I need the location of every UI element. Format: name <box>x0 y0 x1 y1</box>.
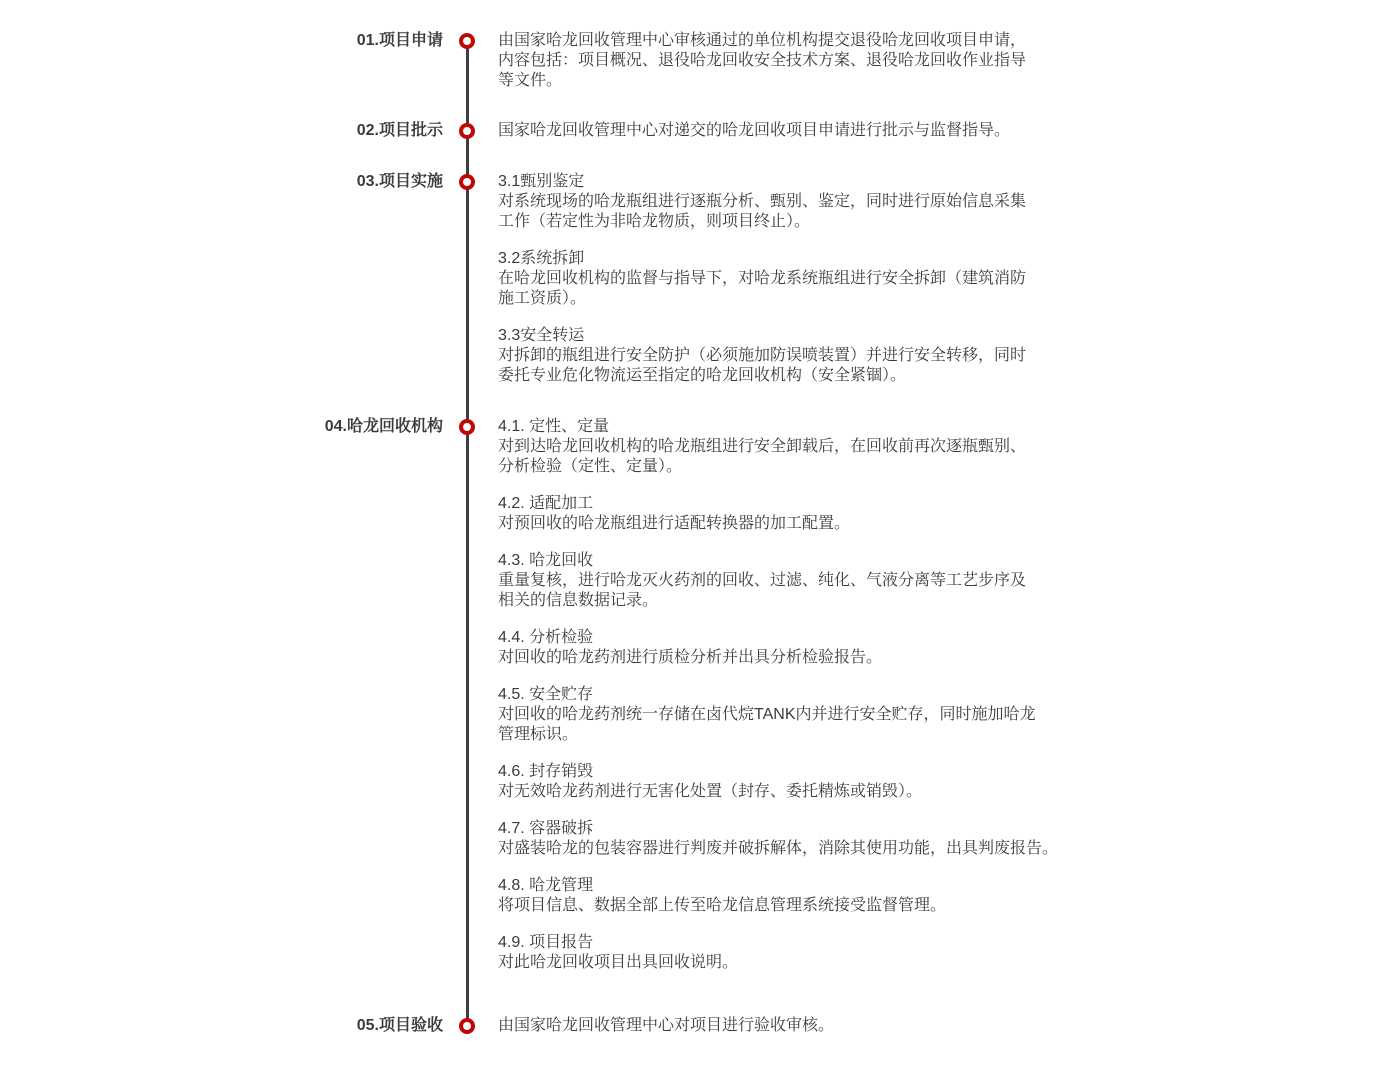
section-content: 4.1. 定性、定量 对到达哈龙回收机构的哈龙瓶组进行安全卸载后，在回收前再次逐… <box>498 417 1098 973</box>
step-paragraph: 3.1甄别鉴定 对系统现场的哈龙瓶组进行逐瓶分析、甄别、鉴定，同时进行原始信息采… <box>498 172 1098 232</box>
step-body: 对回收的哈龙药剂统一存储在卤代烷TANK内并进行安全贮存，同时施加哈龙 管理标识… <box>498 705 1098 745</box>
step-paragraph: 国家哈龙回收管理中心对递交的哈龙回收项目申请进行批示与监督指导。 <box>498 121 1098 141</box>
step-body: 在哈龙回收机构的监督与指导下，对哈龙系统瓶组进行安全拆卸（建筑消防 施工资质）。 <box>498 269 1098 309</box>
timeline-node-icon <box>459 419 475 435</box>
step-heading: 3.2系统拆卸 <box>498 249 1098 269</box>
step-body: 对回收的哈龙药剂进行质检分析并出具分析检验报告。 <box>498 648 1098 668</box>
step-paragraph: 由国家哈龙回收管理中心审核通过的单位机构提交退役哈龙回收项目申请， 内容包括：项… <box>498 31 1098 91</box>
step-heading: 3.1甄别鉴定 <box>498 172 1098 192</box>
section-content: 由国家哈龙回收管理中心对项目进行验收审核。 <box>498 1016 1098 1036</box>
step-body: 对到达哈龙回收机构的哈龙瓶组进行安全卸载后，在回收前再次逐瓶甄别、 分析检验（定… <box>498 437 1098 477</box>
step-paragraph: 4.9. 项目报告 对此哈龙回收项目出具回收说明。 <box>498 933 1098 973</box>
timeline-node-icon <box>459 33 475 49</box>
step-heading: 4.1. 定性、定量 <box>498 417 1098 437</box>
step-heading: 4.9. 项目报告 <box>498 933 1098 953</box>
step-paragraph: 4.5. 安全贮存 对回收的哈龙药剂统一存储在卤代烷TANK内并进行安全贮存，同… <box>498 685 1098 745</box>
step-body: 由国家哈龙回收管理中心对项目进行验收审核。 <box>498 1016 1098 1036</box>
step-body: 将项目信息、数据全部上传至哈龙信息管理系统接受监督管理。 <box>498 896 1098 916</box>
section-label: 04.哈龙回收机构 <box>0 417 443 437</box>
step-paragraph: 4.4. 分析检验 对回收的哈龙药剂进行质检分析并出具分析检验报告。 <box>498 628 1098 668</box>
step-heading: 4.6. 封存销毁 <box>498 762 1098 782</box>
step-paragraph: 4.3. 哈龙回收 重量复核，进行哈龙灭火药剂的回收、过滤、纯化、气液分离等工艺… <box>498 551 1098 611</box>
step-paragraph: 4.8. 哈龙管理 将项目信息、数据全部上传至哈龙信息管理系统接受监督管理。 <box>498 876 1098 916</box>
step-heading: 4.2. 适配加工 <box>498 494 1098 514</box>
step-heading: 4.4. 分析检验 <box>498 628 1098 648</box>
step-body: 国家哈龙回收管理中心对递交的哈龙回收项目申请进行批示与监督指导。 <box>498 121 1098 141</box>
section-label: 01.项目申请 <box>0 31 443 51</box>
step-body: 对无效哈龙药剂进行无害化处置（封存、委托精炼或销毁）。 <box>498 782 1098 802</box>
section-label: 05.项目验收 <box>0 1016 443 1036</box>
step-paragraph: 3.3安全转运 对拆卸的瓶组进行安全防护（必须施加防误喷装置）并进行安全转移，同… <box>498 326 1098 386</box>
timeline-node-icon <box>459 1018 475 1034</box>
section-content: 国家哈龙回收管理中心对递交的哈龙回收项目申请进行批示与监督指导。 <box>498 121 1098 141</box>
timeline-node-icon <box>459 123 475 139</box>
section-content: 由国家哈龙回收管理中心审核通过的单位机构提交退役哈龙回收项目申请， 内容包括：项… <box>498 31 1098 91</box>
timeline-node-icon <box>459 174 475 190</box>
step-paragraph: 4.2. 适配加工 对预回收的哈龙瓶组进行适配转换器的加工配置。 <box>498 494 1098 534</box>
step-paragraph: 3.2系统拆卸 在哈龙回收机构的监督与指导下，对哈龙系统瓶组进行安全拆卸（建筑消… <box>498 249 1098 309</box>
step-paragraph: 由国家哈龙回收管理中心对项目进行验收审核。 <box>498 1016 1098 1036</box>
step-heading: 4.3. 哈龙回收 <box>498 551 1098 571</box>
step-body: 由国家哈龙回收管理中心审核通过的单位机构提交退役哈龙回收项目申请， 内容包括：项… <box>498 31 1098 91</box>
step-body: 对拆卸的瓶组进行安全防护（必须施加防误喷装置）并进行安全转移，同时 委托专业危化… <box>498 346 1098 386</box>
step-paragraph: 4.7. 容器破拆 对盛装哈龙的包装容器进行判废并破拆解体，消除其使用功能，出具… <box>498 819 1098 859</box>
step-heading: 3.3安全转运 <box>498 326 1098 346</box>
step-body: 对盛装哈龙的包装容器进行判废并破拆解体，消除其使用功能，出具判废报告。 <box>498 839 1098 859</box>
step-body: 对此哈龙回收项目出具回收说明。 <box>498 953 1098 973</box>
step-heading: 4.8. 哈龙管理 <box>498 876 1098 896</box>
step-paragraph: 4.1. 定性、定量 对到达哈龙回收机构的哈龙瓶组进行安全卸载后，在回收前再次逐… <box>498 417 1098 477</box>
section-label: 03.项目实施 <box>0 172 443 192</box>
step-body: 对系统现场的哈龙瓶组进行逐瓶分析、甄别、鉴定，同时进行原始信息采集 工作（若定性… <box>498 192 1098 232</box>
step-body: 对预回收的哈龙瓶组进行适配转换器的加工配置。 <box>498 514 1098 534</box>
step-heading: 4.7. 容器破拆 <box>498 819 1098 839</box>
halon-recycling-process-timeline: 01.项目申请 由国家哈龙回收管理中心审核通过的单位机构提交退役哈龙回收项目申请… <box>0 0 1376 1076</box>
section-content: 3.1甄别鉴定 对系统现场的哈龙瓶组进行逐瓶分析、甄别、鉴定，同时进行原始信息采… <box>498 172 1098 386</box>
section-label: 02.项目批示 <box>0 121 443 141</box>
step-body: 重量复核，进行哈龙灭火药剂的回收、过滤、纯化、气液分离等工艺步序及 相关的信息数… <box>498 571 1098 611</box>
step-paragraph: 4.6. 封存销毁 对无效哈龙药剂进行无害化处置（封存、委托精炼或销毁）。 <box>498 762 1098 802</box>
step-heading: 4.5. 安全贮存 <box>498 685 1098 705</box>
